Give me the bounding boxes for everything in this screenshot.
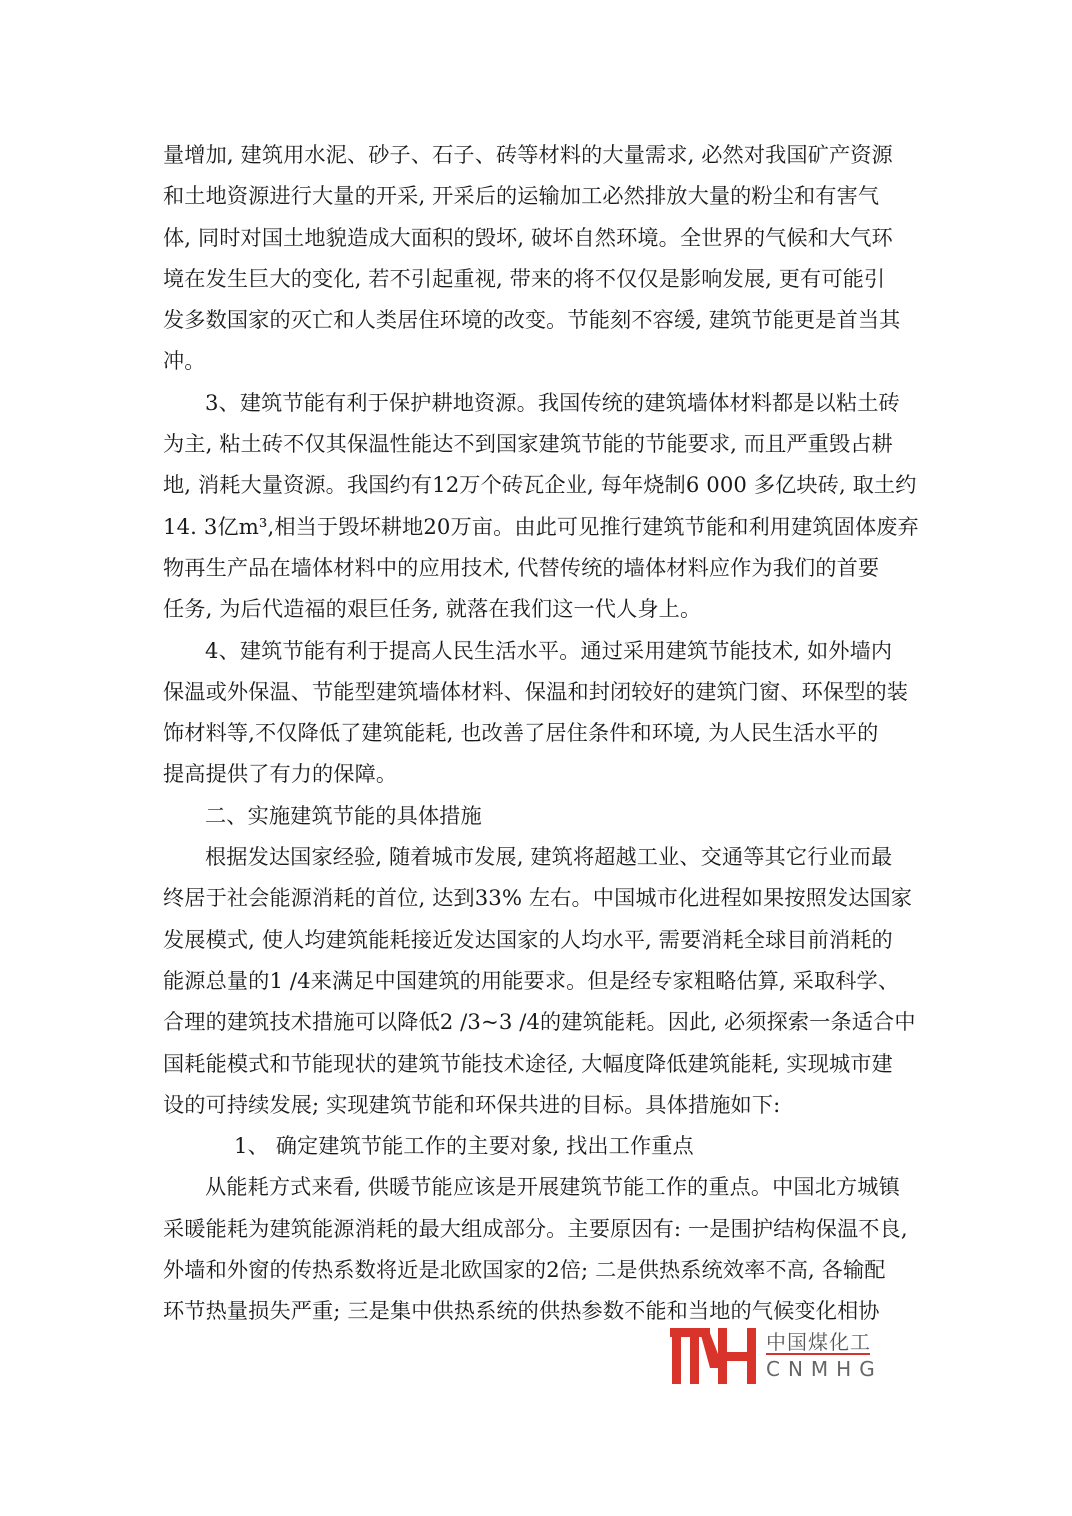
text-line: 14. 3亿m³,相当于毁坏耕地20万亩。由此可见推行建筑节能和利用建筑固体废弃 — [163, 506, 913, 547]
section-heading: 二、实施建筑节能的具体措施 — [163, 795, 913, 836]
document-page: 量增加, 建筑用水泥、砂子、石子、砖等材料的大量需求, 必然对我国矿产资源 和土… — [0, 0, 1072, 1516]
text-line: 发展模式, 使人均建筑能耗接近发达国家的人均水平, 需要消耗全球目前消耗的 — [163, 919, 913, 960]
text-line: 终居于社会能源消耗的首位, 达到33% 左右。中国城市化进程如果按照发达国家 — [163, 877, 913, 918]
text-line: 任务, 为后代造福的艰巨任务, 就落在我们这一代人身上。 — [163, 588, 913, 629]
text-line: 和土地资源进行大量的开采, 开采后的运输加工必然排放大量的粉尘和有害气 — [163, 175, 913, 216]
text-line: 境在发生巨大的变化, 若不引起重视, 带来的将不仅仅是影响发展, 更有可能引 — [163, 258, 913, 299]
text-line: 合理的建筑技术措施可以降低2 /3~3 /4的建筑能耗。因此, 必须探索一条适合… — [163, 1001, 913, 1042]
text-line: 发多数国家的灭亡和人类居住环境的改变。节能刻不容缓, 建筑节能更是首当其 — [163, 299, 913, 340]
text-line: 设的可持续发展; 实现建筑节能和环保共进的目标。具体措施如下: — [163, 1084, 913, 1125]
text-line: 地, 消耗大量资源。我国约有12万个砖瓦企业, 每年烧制6 000 多亿块砖, … — [163, 464, 913, 505]
text-line: 提高提供了有力的保障。 — [163, 753, 913, 794]
text-line: 量增加, 建筑用水泥、砂子、石子、砖等材料的大量需求, 必然对我国矿产资源 — [163, 134, 913, 175]
text-line: 根据发达国家经验, 随着城市发展, 建筑将超越工业、交通等其它行业而最 — [163, 836, 913, 877]
watermark-divider — [766, 1353, 870, 1355]
text-line: 从能耗方式来看, 供暖节能应该是开展建筑节能工作的重点。中国北方城镇 — [163, 1166, 913, 1207]
text-line: 体, 同时对国土地貌造成大面积的毁坏, 破坏自然环境。全世界的气候和大气环 — [163, 217, 913, 258]
text-line: 物再生产品在墙体材料中的应用技术, 代替传统的墙体材料应作为我们的首要 — [163, 547, 913, 588]
text-line: 采暖能耗为建筑能源消耗的最大组成部分。主要原因有: 一是围护结构保温不良, — [163, 1208, 913, 1249]
body-text: 量增加, 建筑用水泥、砂子、石子、砖等材料的大量需求, 必然对我国矿产资源 和土… — [163, 134, 913, 1332]
text-line: 保温或外保温、节能型建筑墙体材料、保温和封闭较好的建筑门窗、环保型的装 — [163, 671, 913, 712]
watermark-chinese-name: 中国煤化工 — [766, 1326, 871, 1355]
subsection-heading: 1、 确定建筑节能工作的主要对象, 找出工作重点 — [163, 1125, 913, 1166]
text-line: 能源总量的1 /4来满足中国建筑的用能要求。但是经专家粗略估算, 采取科学、 — [163, 960, 913, 1001]
text-line: 冲。 — [163, 340, 913, 381]
cnmhg-logo-icon — [670, 1328, 758, 1384]
watermark-english-name: CNMHG — [766, 1357, 883, 1381]
watermark-logo: 中国煤化工 CNMHG — [670, 1320, 880, 1386]
paragraph-heading: 3、建筑节能有利于保护耕地资源。我国传统的建筑墙体材料都是以粘土砖 — [163, 382, 913, 423]
text-line: 饰材料等,不仅降低了建筑能耗, 也改善了居住条件和环境, 为人民生活水平的 — [163, 712, 913, 753]
text-line: 外墙和外窗的传热系数将近是北欧国家的2倍; 二是供热系统效率不高, 各输配 — [163, 1249, 913, 1290]
text-line: 国耗能模式和节能现状的建筑节能技术途径, 大幅度降低建筑能耗, 实现城市建 — [163, 1043, 913, 1084]
text-line: 为主, 粘土砖不仅其保温性能达不到国家建筑节能的节能要求, 而且严重毁占耕 — [163, 423, 913, 464]
paragraph-heading: 4、建筑节能有利于提高人民生活水平。通过采用建筑节能技术, 如外墙内 — [163, 630, 913, 671]
